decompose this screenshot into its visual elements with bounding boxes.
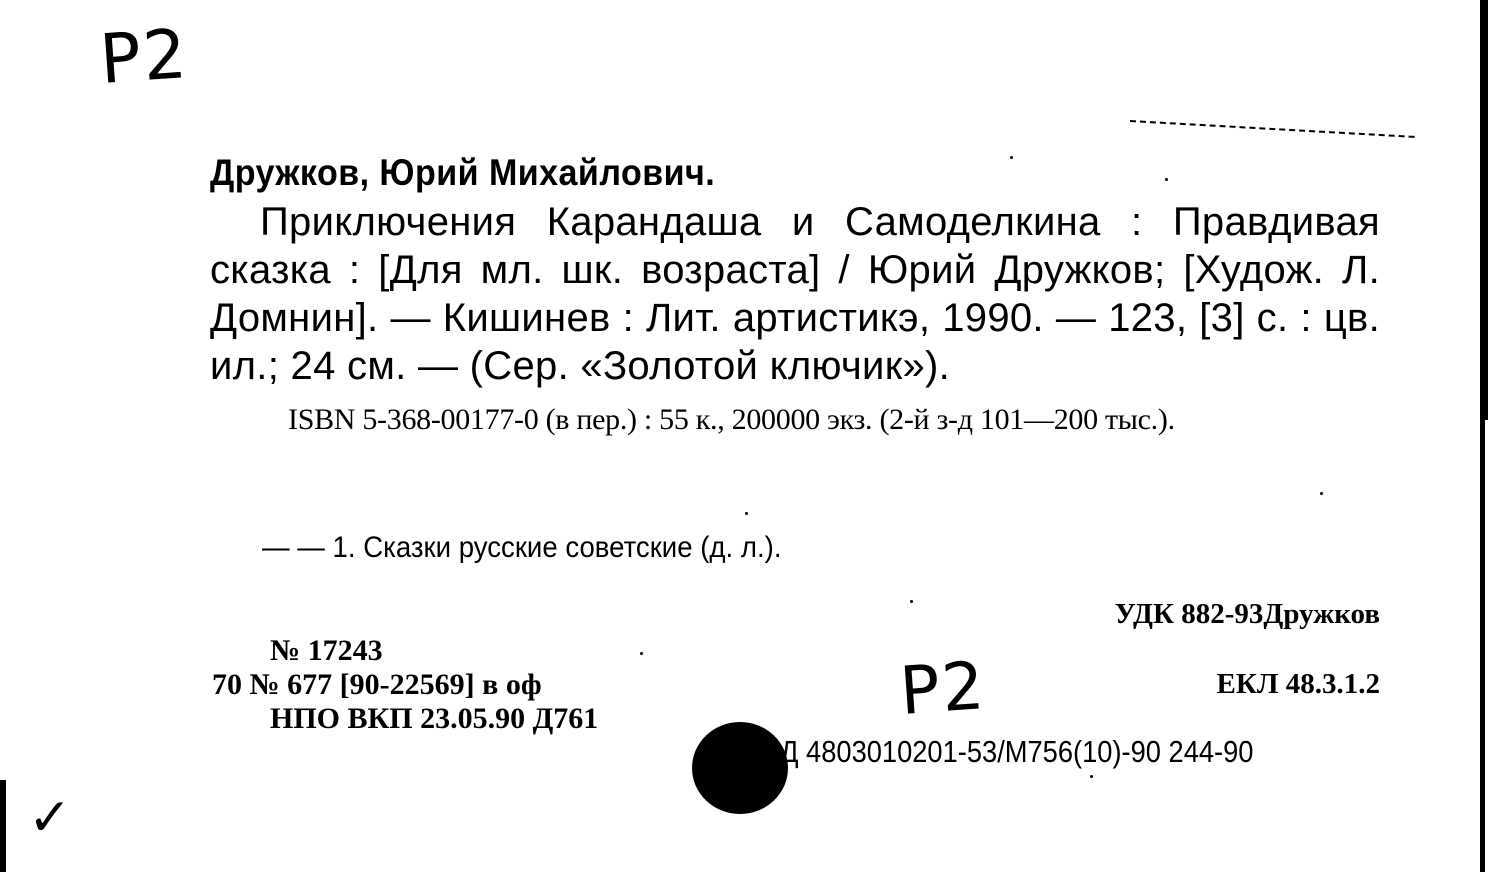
udk-classification: УДК 882-93Дружков	[1115, 598, 1380, 631]
handwritten-shelfmark-middle: Р2	[897, 647, 988, 730]
subject-tracing: — — 1. Сказки русские советские (д. л.).	[262, 528, 781, 568]
author-heading: Дружков, Юрий Михайлович.	[210, 150, 1286, 196]
handwritten-shelfmark-top: Р2	[97, 15, 191, 100]
scan-edge-left	[0, 780, 6, 872]
price-code: Д 4803010201-53/М756(10)-90 244-90	[780, 734, 1253, 770]
catalog-card: Р2 Р2 ✓ Дружков, Юрий Михайлович. Приклю…	[0, 0, 1488, 872]
scan-speck	[1165, 178, 1168, 181]
scan-speck	[910, 600, 913, 603]
imprint-line-2: 70 № 677 [90-22569] в оф	[212, 668, 598, 702]
bibliographic-entry: Дружков, Юрий Михайлович. Приключения Ка…	[210, 150, 1380, 438]
printer-imprint: № 17243 70 № 677 [90-22569] в оф НПО ВКП…	[212, 634, 598, 736]
title-description: Приключения Карандаша и Самоделкина : Пр…	[210, 198, 1380, 390]
ruled-line	[1130, 120, 1415, 138]
imprint-line-3: НПО ВКП 23.05.90 Д761	[212, 702, 598, 736]
ink-blot	[692, 722, 788, 814]
scan-speck	[1010, 156, 1013, 159]
scan-speck	[1090, 775, 1093, 778]
scan-speck	[745, 512, 748, 515]
scan-speck	[640, 652, 643, 655]
ekl-classification: ЕКЛ 48.3.1.2	[1217, 668, 1380, 701]
isbn-line: ISBN 5-368-00177-0 (в пер.) : 55 к., 200…	[210, 402, 1380, 438]
imprint-line-1: № 17243	[212, 634, 598, 668]
scan-speck	[1320, 492, 1323, 495]
check-mark-icon: ✓	[28, 788, 72, 848]
